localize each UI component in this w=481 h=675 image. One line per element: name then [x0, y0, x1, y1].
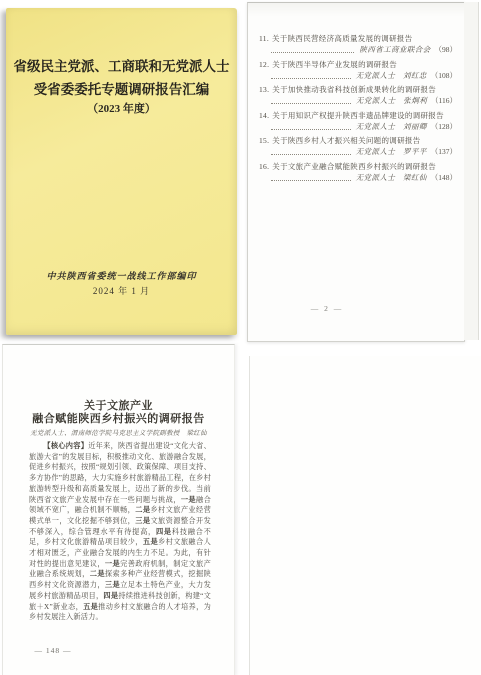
- toc-dots-leader: [271, 96, 351, 104]
- toc-entry-page: （137）: [431, 146, 457, 157]
- toc-entry: 11.关于陕西民营经济高质量发展的调研报告 陕西省工商业联合会（98）: [259, 33, 457, 55]
- toc-entry-number: 14.: [259, 111, 269, 120]
- toc-entry-author: 无党派人士 张炯利: [356, 95, 427, 106]
- toc-dots-leader: [271, 173, 351, 181]
- cover-title-line1: 省级民主党派、工商联和无党派人士: [6, 55, 237, 75]
- article-page-number: — 148 —: [33, 646, 73, 655]
- toc-entry-attribution: 无党派人士 罗平平（137）: [259, 146, 457, 157]
- toc-entry-page: （148）: [431, 172, 457, 183]
- toc-entry-author: 无党派人士 刘丽卿: [356, 121, 427, 132]
- cover-title-line2: 受省委委托专题调研报告汇编: [6, 78, 237, 98]
- cover-year-label: （2023 年度）: [6, 100, 237, 116]
- toc-entry-page: （128）: [431, 121, 457, 132]
- toc-entry-page: （98）: [435, 44, 458, 55]
- article-title-line2: 融合赋能陕西乡村振兴的调研报告: [17, 410, 220, 426]
- toc-entry-attribution: 陕西省工商业联合会（98）: [259, 44, 457, 55]
- cover-date: 2024 年 1 月: [6, 284, 237, 297]
- toc-entry-title-text: 关于陕西民营经济高质量发展的调研报告: [272, 34, 412, 43]
- toc-entry: 12.关于陕西半导体产业发展的调研报告 无党派人士 刘红忠（108）: [259, 59, 457, 81]
- toc-entry-number: 12.: [259, 60, 269, 69]
- toc-dots-leader: [271, 122, 351, 130]
- toc-entry: 14.关于用知识产权提升陕西非遗品牌建设的调研报告 无党派人士 刘丽卿（128）: [259, 110, 457, 132]
- toc-dots-leader: [271, 147, 351, 155]
- cover-publisher: 中共陕西省委统一战线工作部编印: [6, 269, 237, 282]
- toc-entry-author: 无党派人士 刘红忠: [356, 70, 427, 81]
- toc-entry-number: 16.: [259, 162, 269, 171]
- article-body: 【核心内容】近年来，陕西省提出建设“文化大省、旅游大省”的发展目标，积极推动文化…: [29, 441, 211, 623]
- toc-entry: 15.关于陕西乡村人才振兴相关问题的调研报告 无党派人士 罗平平（137）: [259, 135, 457, 157]
- toc-entry-number: 11.: [259, 34, 269, 43]
- article-page: 关于文旅产业 融合赋能陕西乡村振兴的调研报告 无党派人士、渭南师范学院马克思主义…: [2, 344, 235, 675]
- toc-entry-page: （116）: [431, 95, 457, 106]
- toc-page: 11.关于陕西民营经济高质量发展的调研报告 陕西省工商业联合会（98） 12.关…: [247, 2, 465, 342]
- toc-entry-title: 15.关于陕西乡村人才振兴相关问题的调研报告: [259, 135, 457, 146]
- toc-entry-title: 13.关于加快推动我省科技创新成果转化的调研报告: [259, 84, 457, 95]
- toc-entry-title-text: 关于加快推动我省科技创新成果转化的调研报告: [272, 85, 436, 94]
- toc-entry: 13.关于加快推动我省科技创新成果转化的调研报告 无党派人士 张炯利（116）: [259, 84, 457, 106]
- toc-entry-title: 11.关于陕西民营经济高质量发展的调研报告: [259, 33, 457, 44]
- toc-entry-title: 12.关于陕西半导体产业发展的调研报告: [259, 59, 457, 70]
- article-byline: 无党派人士、渭南师范学院马克思主义学院副教授 梁红仙: [17, 428, 220, 437]
- toc-entry-author: 无党派人士 梁红仙: [356, 172, 427, 183]
- toc-entry: 16.关于文旅产业融合赋能陕西乡村振兴的调研报告 无党派人士 梁红仙（148）: [259, 161, 457, 183]
- toc-entry-title-text: 关于文旅产业融合赋能陕西乡村振兴的调研报告: [272, 162, 436, 171]
- toc-entry-author: 无党派人士 罗平平: [356, 146, 427, 157]
- toc-list: 11.关于陕西民营经济高质量发展的调研报告 陕西省工商业联合会（98） 12.关…: [259, 33, 457, 186]
- toc-entry-title-text: 关于陕西乡村人才振兴相关问题的调研报告: [272, 136, 420, 145]
- toc-page-edge: [464, 2, 479, 340]
- toc-entry-title: 16.关于文旅产业融合赋能陕西乡村振兴的调研报告: [259, 161, 457, 172]
- toc-entry-page: （108）: [431, 70, 457, 81]
- facing-page-edge: [249, 356, 481, 675]
- toc-dots-leader: [271, 45, 354, 53]
- toc-entry-title: 14.关于用知识产权提升陕西非遗品牌建设的调研报告: [259, 110, 457, 121]
- toc-entry-title-text: 关于陕西半导体产业发展的调研报告: [272, 60, 397, 69]
- toc-entry-number: 13.: [259, 85, 269, 94]
- toc-page-number: — 2 —: [297, 304, 357, 313]
- toc-entry-attribution: 无党派人士 刘丽卿（128）: [259, 121, 457, 132]
- document-scan-collage: 省级民主党派、工商联和无党派人士 受省委委托专题调研报告汇编 （2023 年度）…: [0, 0, 481, 675]
- toc-entry-attribution: 无党派人士 张炯利（116）: [259, 95, 457, 106]
- toc-entry-number: 15.: [259, 136, 269, 145]
- toc-entry-attribution: 无党派人士 梁红仙（148）: [259, 172, 457, 183]
- toc-dots-leader: [271, 71, 351, 79]
- toc-entry-title-text: 关于用知识产权提升陕西非遗品牌建设的调研报告: [272, 111, 444, 120]
- toc-entry-attribution: 无党派人士 刘红忠（108）: [259, 70, 457, 81]
- toc-entry-author: 陕西省工商业联合会: [359, 44, 430, 55]
- cover-page: 省级民主党派、工商联和无党派人士 受省委委托专题调研报告汇编 （2023 年度）…: [6, 8, 237, 335]
